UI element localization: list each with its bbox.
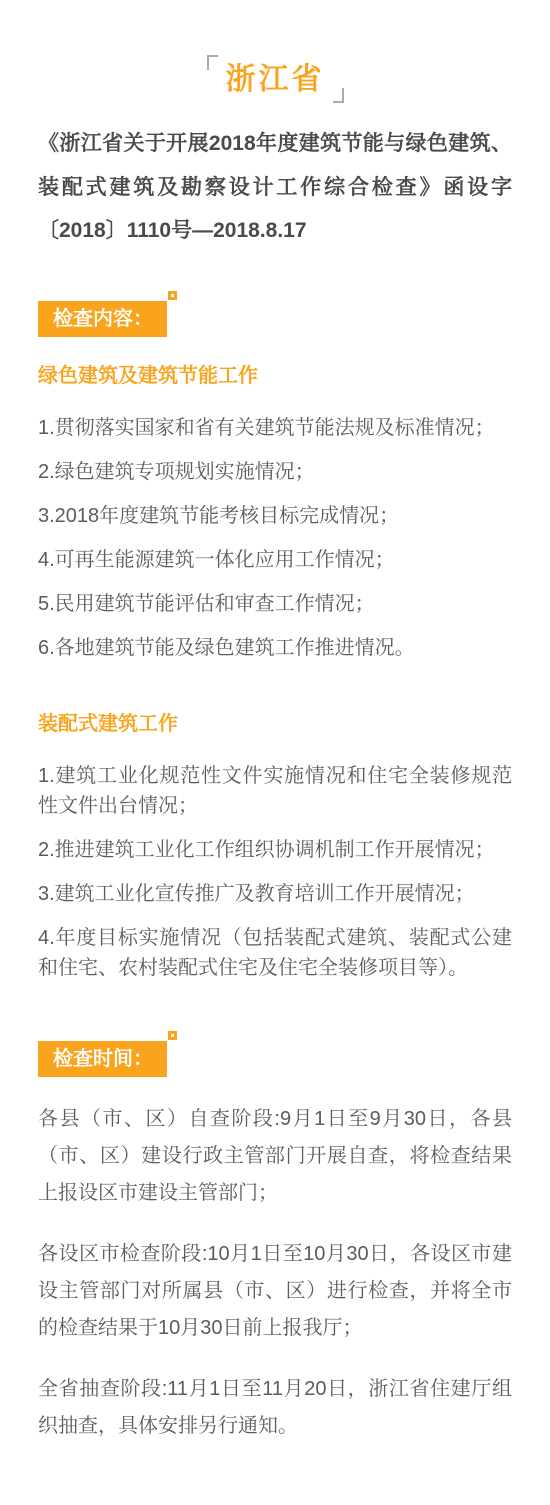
content-badge-label: 检查内容： (53, 308, 153, 330)
time-badge-row: 检查时间： (38, 1041, 512, 1077)
title-row: 浙江省 (38, 60, 512, 100)
list-item: 6.各地建筑节能及绿色建筑工作推进情况。 (38, 633, 512, 663)
list-item: 2.绿色建筑专项规划实施情况； (38, 457, 512, 487)
corner-bracket-top-left-icon (207, 55, 218, 70)
subsection-heading: 绿色建筑及建筑节能工作 (38, 363, 512, 389)
list-item: 4.年度目标实施情况（包括装配式建筑、装配式公建和住宅、农村装配式住宅及住宅全装… (38, 923, 512, 983)
page-title: 浙江省 (226, 62, 325, 98)
document-reference: 《浙江省关于开展2018年度建筑节能与绿色建筑、装配式建筑及勘察设计工作综合检查… (38, 122, 512, 253)
list-item: 3.2018年度建筑节能考核目标完成情况； (38, 501, 512, 531)
list-item: 1.建筑工业化规范性文件实施情况和住宅全装修规范性文件出台情况； (38, 761, 512, 821)
list-item: 5.民用建筑节能评估和审查工作情况； (38, 589, 512, 619)
article-page: 浙江省 《浙江省关于开展2018年度建筑节能与绿色建筑、装配式建筑及勘察设计工作… (0, 0, 550, 1505)
subsection-green-building: 绿色建筑及建筑节能工作 1.贯彻落实国家和省有关建筑节能法规及标准情况； 2.绿… (38, 363, 512, 663)
content-badge-row: 检查内容： (38, 301, 512, 337)
list-item: 2.推进建筑工业化工作组织协调机制工作开展情况； (38, 835, 512, 865)
time-paragraphs: 各县（市、区）自查阶段:9月1日至9月30日，各县（市、区）建设行政主管部门开展… (38, 1101, 512, 1445)
badge-corner-square-icon (168, 291, 177, 300)
time-paragraph: 各县（市、区）自查阶段:9月1日至9月30日，各县（市、区）建设行政主管部门开展… (38, 1101, 512, 1212)
corner-bracket-bottom-right-icon (333, 88, 344, 103)
time-badge: 检查时间： (38, 1041, 167, 1077)
list-item: 3.建筑工业化宣传推广及教育培训工作开展情况； (38, 879, 512, 909)
subsection-prefabricated-building: 装配式建筑工作 1.建筑工业化规范性文件实施情况和住宅全装修规范性文件出台情况；… (38, 711, 512, 983)
badge-corner-square-icon (168, 1031, 177, 1040)
time-badge-label: 检查时间： (53, 1048, 153, 1070)
content-badge: 检查内容： (38, 301, 167, 337)
list-item: 4.可再生能源建筑一体化应用工作情况； (38, 545, 512, 575)
title-bracket-wrap: 浙江省 (220, 60, 331, 100)
subsection-heading: 装配式建筑工作 (38, 711, 512, 737)
time-paragraph: 各设区市检查阶段:10月1日至10月30日，各设区市建设主管部门对所属县（市、区… (38, 1236, 512, 1347)
time-paragraph: 全省抽查阶段:11月1日至11月20日，浙江省住建厅组织抽查，具体安排另行通知。 (38, 1371, 512, 1445)
list-item: 1.贯彻落实国家和省有关建筑节能法规及标准情况； (38, 413, 512, 443)
